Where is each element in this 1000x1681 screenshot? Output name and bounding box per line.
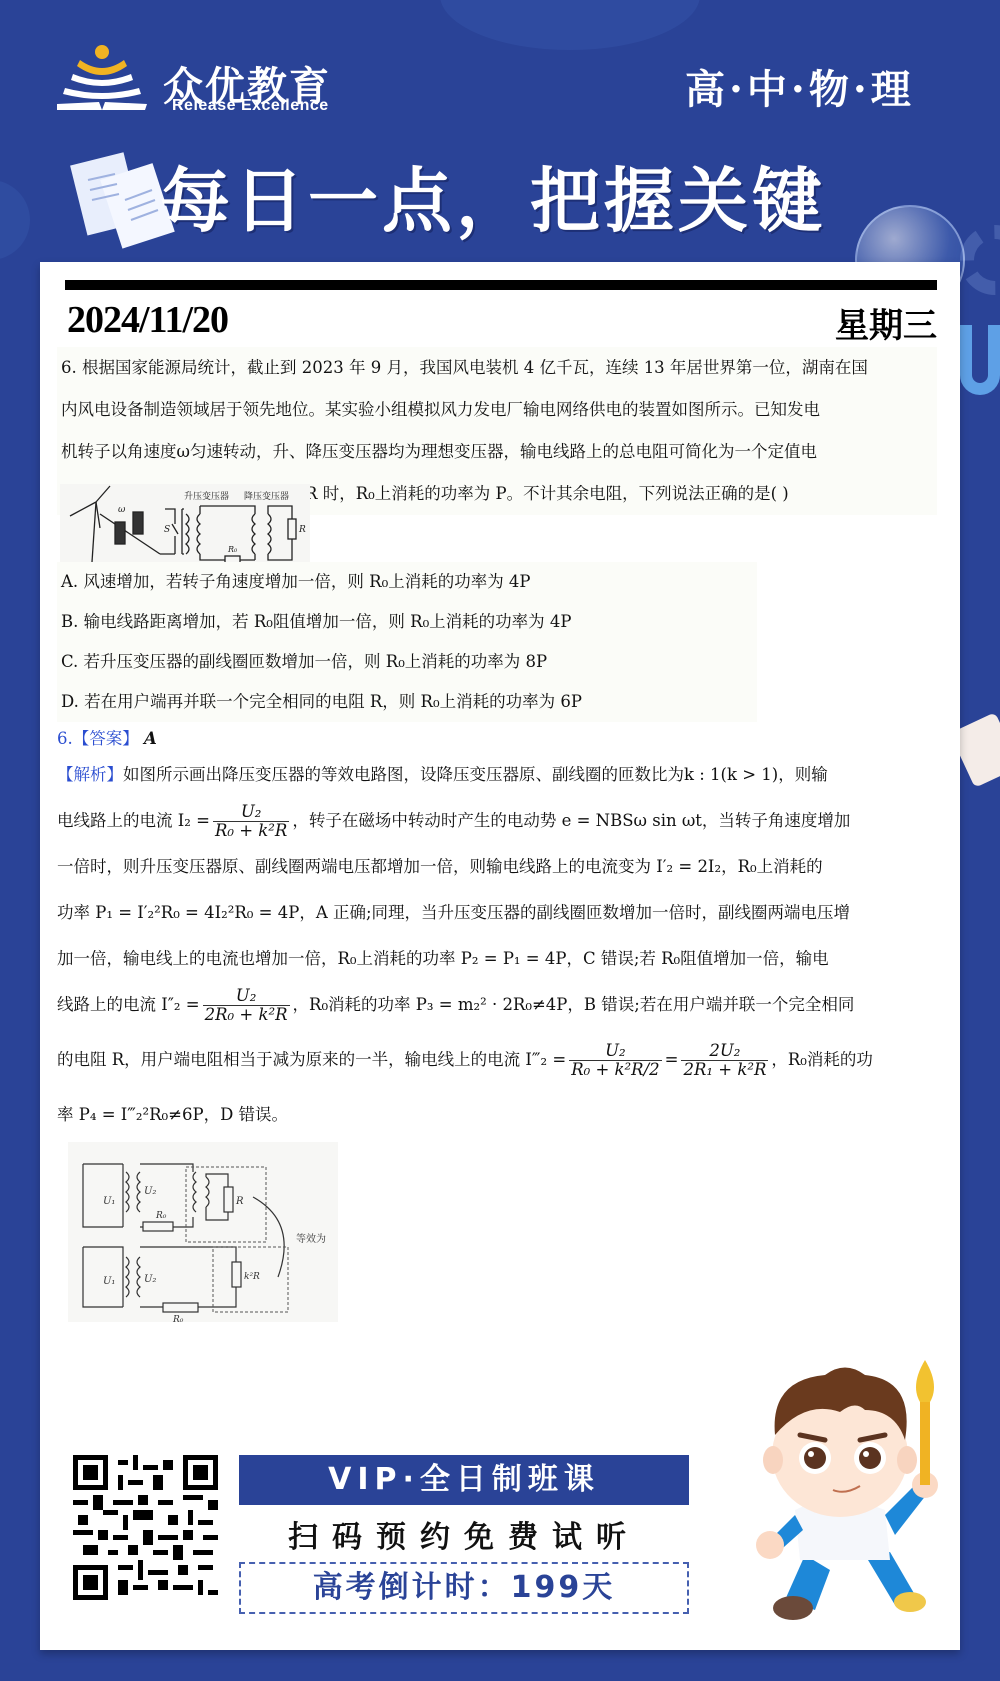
equivalent-circuit-figure: U₁ U₂ R₀ R U₁ U₂ R₀ k²R 等效为 [68, 1142, 338, 1322]
analysis-line: ，R₀消耗的功率 P₃ = m₂² · 2R₀≠4P，B 错误;若在用户端并联一… [293, 995, 855, 1014]
svg-text:R: R [298, 525, 306, 535]
answer-line: 6.【答案】 A [57, 725, 157, 749]
svg-text:升压变压器: 升压变压器 [184, 490, 229, 502]
decorative-circle [440, 0, 700, 50]
svg-text:R₀: R₀ [155, 1211, 167, 1221]
decorative-circle [0, 180, 30, 260]
analysis-line: 电线路上的电流 I₂ = [57, 811, 210, 830]
fraction: 2U₂2R₁ + k²R [681, 1042, 768, 1079]
exam-countdown: 高考倒计时：199天 [239, 1562, 689, 1614]
analysis-line: ，转子在磁场中转动时产生的电动势 e = NBSω sin ωt，当转子角速度增… [292, 811, 850, 830]
svg-text:U₁: U₁ [103, 1276, 115, 1287]
analysis-line: 的电阻 R，用户端电阻相当于减为原来的一半，输电线上的电流 I‴₂ = [57, 1050, 566, 1069]
brand-slogan: Release Excellence [172, 97, 329, 115]
option-a: A. 风速增加，若转子角速度增加一倍，则 R₀上消耗的功率为 4P [57, 562, 757, 602]
vip-class-banner[interactable]: VIP·全日制班课 [239, 1455, 689, 1505]
analysis-line: 加一倍，输电线上的电流也增加一倍，R₀上消耗的功率 P₂ = P₁ = 4P，C… [57, 936, 942, 982]
analysis-tag: 【解析】 [57, 765, 123, 784]
analysis-line: 如图所示画出降压变压器的等效电路图，设降压变压器原、副线圈的匝数比为k : 1(… [123, 765, 828, 784]
analysis-line: 一倍时，则升压变压器原、副线圈两端电压都增加一倍，则输电线路上的电流变为 I′₂… [57, 844, 942, 890]
mascot-boy-illustration [745, 1340, 965, 1640]
analysis-line: 率 P₄ = I‴₂²R₀≠6P，D 错误。 [57, 1092, 942, 1138]
gear-icon [960, 225, 1000, 295]
fraction: U₂2R₀ + k²R [203, 987, 290, 1024]
date: 2024/11/20 [67, 298, 228, 342]
svg-text:U₂: U₂ [144, 1186, 156, 1197]
svg-text:R₀: R₀ [172, 1315, 184, 1322]
option-b: B. 输电线路距离增加，若 R₀阻值增加一倍，则 R₀上消耗的功率为 4P [57, 602, 757, 642]
divider [65, 280, 937, 290]
analysis-line: 线路上的电流 I″₂ = [57, 995, 200, 1014]
scan-to-book-text: 扫码预约免费试听 [239, 1512, 689, 1556]
option-c: C. 若升压变压器的副线圈匝数增加一倍，则 R₀上消耗的功率为 8P [57, 642, 757, 682]
weekday: 星期三 [835, 298, 937, 347]
option-d: D. 若在用户端再并联一个完全相同的电阻 R，则 R₀上消耗的功率为 6P [57, 682, 757, 722]
svg-text:k²R: k²R [244, 1272, 260, 1282]
svg-text:等效为: 等效为 [296, 1232, 326, 1245]
svg-text:R₀: R₀ [227, 545, 238, 554]
qr-code[interactable] [73, 1455, 218, 1600]
fraction: U₂R₀ + k²R [213, 803, 289, 840]
analysis-line: 功率 P₁ = I′₂²R₀ = 4I₂²R₀ = 4P，A 正确;同理，当升压… [57, 890, 942, 936]
analysis-text: 【解析】如图所示画出降压变压器的等效电路图，设降压变压器原、副线圈的匝数比为k … [57, 752, 942, 1138]
answer-options: A. 风速增加，若转子角速度增加一倍，则 R₀上消耗的功率为 4P B. 输电线… [57, 562, 757, 722]
svg-text:R: R [235, 1196, 244, 1207]
svg-text:降压变压器: 降压变压器 [244, 490, 289, 502]
analysis-line: ，R₀消耗的功 [771, 1050, 873, 1069]
fraction: U₂R₀ + k²R/2 [569, 1042, 661, 1079]
brand-logo-icon [55, 42, 150, 114]
question-line: 机转子以角速度ω匀速转动，升、降压变压器均为理想变压器，输电线路上的总电阻可简化… [61, 431, 933, 473]
answer-value: A [144, 729, 157, 748]
svg-text:U₁: U₁ [103, 1196, 115, 1207]
svg-text:U₂: U₂ [144, 1274, 156, 1285]
headline: 每日一点，把握关键 [160, 145, 826, 246]
magnet-icon [960, 325, 1000, 395]
svg-text:ω: ω [118, 505, 126, 515]
subject-title: 高·中·物·理 [685, 58, 915, 115]
question-line: 6. 根据国家能源局统计，截止到 2023 年 9 月，我国风电装机 4 亿千瓦… [61, 347, 933, 389]
question-line: 内风电设备制造领域居于领先地位。某实验小组模拟风力发电厂输电网络供电的装置如图所… [61, 389, 933, 431]
svg-text:S: S [164, 525, 170, 535]
answer-label: 6.【答案】 [57, 729, 139, 748]
wind-power-circuit-figure: 升压变压器 降压变压器 ω S R₀ R [60, 484, 310, 566]
